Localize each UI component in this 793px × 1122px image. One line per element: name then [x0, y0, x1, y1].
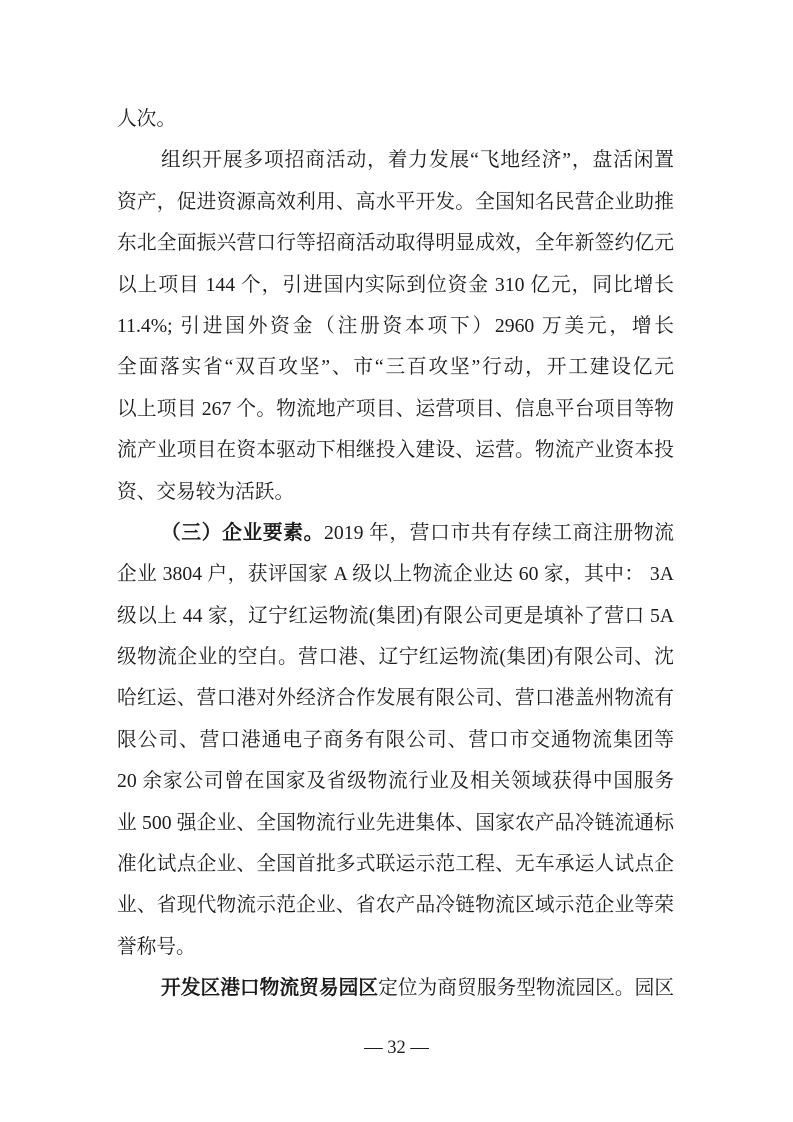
- paragraph: （三）企业要素。2019 年，营口市共有存续工商注册物流企业 3804 户，获评…: [117, 513, 674, 968]
- body-text: 资、交易较为活跃。: [117, 481, 294, 503]
- text-line: 人次。: [117, 99, 674, 140]
- text-line: 资产，促进资源高效利用、高水平开发。全国知名民营企业助推: [117, 182, 674, 223]
- text-line: 限公司、营口港通电子商务有限公司、营口市交通物流集团等: [117, 720, 674, 761]
- body-text: 资产，促进资源高效利用、高水平开发。全国知名民营企业助推: [117, 191, 674, 213]
- paragraph: 组织开展多项招商活动，着力发展“飞地经济”，盘活闲置资产，促进资源高效利用、高水…: [117, 140, 674, 513]
- page-number: — 32 —: [0, 1036, 793, 1060]
- body-text: 20 余家公司曾在国家及省级物流行业及相关领域获得中国服务: [117, 770, 674, 792]
- body-text: 定位为商贸服务型物流园区。园区: [378, 977, 674, 999]
- text-line: 级物流企业的空白。营口港、辽宁红运物流(集团)有限公司、沈: [117, 637, 674, 678]
- paragraph: 开发区港口物流贸易园区定位为商贸服务型物流园区。园区: [117, 968, 674, 1009]
- body-text: 东北全面振兴营口行等招商活动取得明显成效，全年新签约亿元: [117, 232, 674, 254]
- text-line: 20 余家公司曾在国家及省级物流行业及相关领域获得中国服务: [117, 761, 674, 802]
- body-text: 业 500 强企业、全国物流行业先进集体、国家农产品冷链流通标: [117, 812, 674, 834]
- body-text: 人次。: [117, 108, 176, 130]
- body-text: 誉称号。: [117, 936, 196, 958]
- text-line: 流产业项目在资本驱动下相继投入建设、运营。物流产业资本投: [117, 430, 674, 471]
- text-line: 业 500 强企业、全国物流行业先进集体、国家农产品冷链流通标: [117, 803, 674, 844]
- text-line: 全面落实省“双百攻坚”、市“三百攻坚”行动，开工建设亿元: [117, 347, 674, 388]
- body-text: 以上项目 144 个，引进国内实际到位资金 310 亿元，同比增长: [117, 274, 674, 296]
- text-line: 企业 3804 户，获评国家 A 级以上物流企业达 60 家，其中： 3A: [117, 554, 674, 595]
- text-line: （三）企业要素。2019 年，营口市共有存续工商注册物流: [117, 513, 674, 554]
- body-text: 哈红运、营口港对外经济合作发展有限公司、营口港盖州物流有: [117, 687, 674, 709]
- body-text: 级物流企业的空白。营口港、辽宁红运物流(集团)有限公司、沈: [117, 646, 674, 668]
- text-line: 以上项目 267 个。物流地产项目、运营项目、信息平台项目等物: [117, 389, 674, 430]
- text-line: 哈红运、营口港对外经济合作发展有限公司、营口港盖州物流有: [117, 678, 674, 719]
- text-line: 以上项目 144 个，引进国内实际到位资金 310 亿元，同比增长: [117, 265, 674, 306]
- document-page: 人次。组织开展多项招商活动，着力发展“飞地经济”，盘活闲置资产，促进资源高效利用…: [0, 0, 793, 1122]
- text-line: 组织开展多项招商活动，着力发展“飞地经济”，盘活闲置: [117, 140, 674, 181]
- text-line: 东北全面振兴营口行等招商活动取得明显成效，全年新签约亿元: [117, 223, 674, 264]
- body-text: 全面落实省“双百攻坚”、市“三百攻坚”行动，开工建设亿元: [117, 356, 674, 378]
- body-text: 限公司、营口港通电子商务有限公司、营口市交通物流集团等: [117, 729, 674, 751]
- body-text: 流产业项目在资本驱动下相继投入建设、运营。物流产业资本投: [117, 439, 674, 461]
- body-text: 准化试点企业、全国首批多式联运示范工程、无车承运人试点企: [117, 853, 674, 875]
- body-text: 级以上 44 家，辽宁红运物流(集团)有限公司更是填补了营口 5A: [117, 605, 674, 627]
- body-text: 业、省现代物流示范企业、省农产品冷链物流区域示范企业等荣: [117, 894, 674, 916]
- bold-text: 开发区港口物流贸易园区: [161, 977, 378, 999]
- text-line: 誉称号。: [117, 927, 674, 968]
- document-body: 人次。组织开展多项招商活动，着力发展“飞地经济”，盘活闲置资产，促进资源高效利用…: [117, 99, 674, 1010]
- bold-text: （三）企业要素。: [161, 522, 324, 544]
- text-line: 准化试点企业、全国首批多式联运示范工程、无车承运人试点企: [117, 844, 674, 885]
- text-line: 级以上 44 家，辽宁红运物流(集团)有限公司更是填补了营口 5A: [117, 596, 674, 637]
- text-line: 业、省现代物流示范企业、省农产品冷链物流区域示范企业等荣: [117, 885, 674, 926]
- text-line: 开发区港口物流贸易园区定位为商贸服务型物流园区。园区: [117, 968, 674, 1009]
- body-text: 11.4%; 引进国外资金（注册资本项下）2960 万美元，增长 5.9%。: [117, 315, 674, 347]
- body-text: 以上项目 267 个。物流地产项目、运营项目、信息平台项目等物: [117, 398, 674, 420]
- body-text: 企业 3804 户，获评国家 A 级以上物流企业达 60 家，其中： 3A: [117, 563, 674, 585]
- body-text: 2019 年，营口市共有存续工商注册物流: [324, 522, 674, 544]
- text-line: 11.4%; 引进国外资金（注册资本项下）2960 万美元，增长 5.9%。: [117, 306, 674, 347]
- paragraph: 人次。: [117, 99, 674, 140]
- text-line: 资、交易较为活跃。: [117, 472, 674, 513]
- body-text: 组织开展多项招商活动，着力发展“飞地经济”，盘活闲置: [161, 149, 674, 171]
